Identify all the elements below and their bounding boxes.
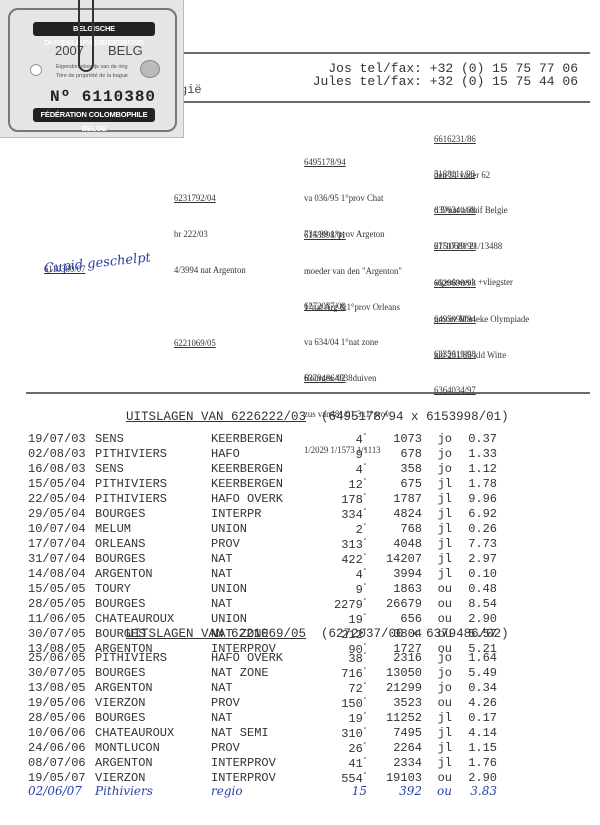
race-category: HAFO bbox=[211, 446, 323, 461]
placing: 15 bbox=[323, 785, 367, 797]
ring-number: 6151719/99 bbox=[434, 241, 513, 253]
ring-number: 6153998/01 bbox=[304, 230, 402, 242]
result-row: 13/08/05ARGENTONNAT72°21299jo0.34 bbox=[28, 680, 497, 695]
race-date: 24/06/06 bbox=[28, 740, 95, 755]
result-row: 16/08/03SENSKEERBERGEN4°358jo1.12 bbox=[28, 461, 497, 476]
age-class: jl bbox=[422, 566, 452, 581]
ring-number: 6231792/04 bbox=[174, 193, 246, 205]
race-category: NAT SEMI bbox=[211, 725, 323, 740]
race-place: SENS bbox=[95, 431, 211, 446]
race-date: 08/07/06 bbox=[28, 755, 95, 770]
age-class: jo bbox=[422, 461, 452, 476]
race-date: 10/07/04 bbox=[28, 521, 95, 536]
result-row: 31/07/04BOURGESNAT422°14207jl2.97 bbox=[28, 551, 497, 566]
result-row: 25/06/05PITHIVIERSHAFO OVERK38°2316jo1.6… bbox=[28, 650, 497, 665]
race-category: NAT bbox=[211, 566, 323, 581]
result-row: 30/07/05BOURGESNAT ZONE716°13050jo5.49 bbox=[28, 665, 497, 680]
race-date: 19/05/07 bbox=[28, 770, 95, 785]
race-category: UNION bbox=[211, 521, 323, 536]
race-category: NAT bbox=[211, 551, 323, 566]
pigeon-count: 3994 bbox=[367, 566, 422, 581]
coefficient: 4.26 bbox=[452, 695, 497, 710]
result-row: 15/05/04PITHIVIERSKEERBERGEN12°675jl1.78 bbox=[28, 476, 497, 491]
race-place: ARGENTON bbox=[95, 680, 211, 695]
ring-number: 6335619/98 bbox=[434, 349, 476, 361]
coefficient: 0.34 bbox=[452, 680, 497, 695]
placing: 310° bbox=[323, 725, 367, 740]
results-title-1: UITSLAGEN VAN 6226222/03 (6495178/94 x 6… bbox=[126, 410, 509, 424]
ring-number: 6396340/98 bbox=[434, 205, 502, 217]
race-category: HAFO OVERK bbox=[211, 491, 323, 506]
pigeon-count: 2264 bbox=[367, 740, 422, 755]
pigeon-count: 3523 bbox=[367, 695, 422, 710]
placing: 19° bbox=[323, 611, 367, 626]
coefficient: 4.14 bbox=[452, 725, 497, 740]
pigeon-count: 678 bbox=[367, 446, 422, 461]
placing: 12° bbox=[323, 476, 367, 491]
pigeon-count: 2316 bbox=[367, 650, 422, 665]
pigeon-count: 675 bbox=[367, 476, 422, 491]
pigeon-count: 358 bbox=[367, 461, 422, 476]
pigeon-count: 1787 bbox=[367, 491, 422, 506]
result-row: 02/08/03PITHIVIERSHAFO9°678jo1.33 bbox=[28, 446, 497, 461]
age-class: jl bbox=[422, 725, 452, 740]
card-line-fr: Titre de propriété de la bague bbox=[56, 73, 136, 79]
race-place: ORLEANS bbox=[95, 536, 211, 551]
race-date: 15/05/05 bbox=[28, 581, 95, 596]
race-date: 14/08/04 bbox=[28, 566, 95, 581]
race-category: regio bbox=[211, 785, 323, 797]
ring-ownership-card: BELGISCHE DUIVENLIEFHEBBERSBOND 2007 BEL… bbox=[0, 0, 184, 138]
race-category: PROV bbox=[211, 536, 323, 551]
pedigree-line: 4/3994 nat Argenton bbox=[174, 265, 246, 277]
pedigree-mother: 6221069/05 bbox=[174, 314, 216, 362]
race-place: MELUM bbox=[95, 521, 211, 536]
race-place: CHATEAUROUX bbox=[95, 611, 211, 626]
race-place: BOURGES bbox=[95, 596, 211, 611]
race-place: BOURGES bbox=[95, 710, 211, 725]
age-class: jl bbox=[422, 506, 452, 521]
pedigree-father: 6231792/04 br 222/03 4/3994 nat Argenton bbox=[174, 169, 246, 289]
age-class: jo bbox=[422, 650, 452, 665]
race-category: NAT ZONE bbox=[211, 665, 323, 680]
placing: 150° bbox=[323, 695, 367, 710]
pigeon-count: 768 bbox=[367, 521, 422, 536]
placing: 72° bbox=[323, 680, 367, 695]
race-date: 19/05/06 bbox=[28, 695, 95, 710]
age-class: ou bbox=[422, 695, 452, 710]
race-date: 17/07/04 bbox=[28, 536, 95, 551]
age-class: jo bbox=[422, 680, 452, 695]
results-title-2: UITSLAGEN VAN 6221069/05 (6272037/00 x 6… bbox=[126, 627, 509, 641]
pigeon-count: 13050 bbox=[367, 665, 422, 680]
card-line-nl: Eigendomsbewijs van de ring bbox=[56, 64, 136, 70]
coefficient: 3.83 bbox=[452, 785, 497, 797]
race-category: PROV bbox=[211, 695, 323, 710]
placing: 4° bbox=[323, 461, 367, 476]
race-date: 19/07/03 bbox=[28, 431, 95, 446]
placing: 19° bbox=[323, 710, 367, 725]
pigeon-count: 11252 bbox=[367, 710, 422, 725]
race-category: PROV bbox=[211, 740, 323, 755]
results-parents: (6495178/94 x 6153998/01) bbox=[321, 410, 509, 424]
race-place: VIERZON bbox=[95, 770, 211, 785]
coefficient: 2.97 bbox=[452, 551, 497, 566]
ring-number: 6495178/94 bbox=[304, 157, 385, 169]
race-place: PITHIVIERS bbox=[95, 491, 211, 506]
pigeon-count: 19103 bbox=[367, 770, 422, 785]
coefficient: 1.15 bbox=[452, 740, 497, 755]
race-date: 25/06/05 bbox=[28, 650, 95, 665]
age-class: jl bbox=[422, 521, 452, 536]
placing: 2279° bbox=[323, 596, 367, 611]
age-class: ou bbox=[422, 770, 452, 785]
coefficient: 0.17 bbox=[452, 710, 497, 725]
result-row: 11/06/05CHATEAUROUXUNION19°656ou2.90 bbox=[28, 611, 497, 626]
ring-number: 5188111/93 bbox=[434, 169, 508, 181]
race-place: ARGENTON bbox=[95, 755, 211, 770]
coefficient: 0.37 bbox=[452, 431, 497, 446]
race-date: 29/05/04 bbox=[28, 506, 95, 521]
pigeon-count: 26679 bbox=[367, 596, 422, 611]
card-org-top: BELGISCHE DUIVENLIEFHEBBERSBOND bbox=[33, 22, 155, 36]
header-top-rule bbox=[180, 52, 590, 54]
race-date: 10/06/06 bbox=[28, 725, 95, 740]
race-place: TOURY bbox=[95, 581, 211, 596]
age-class: jl bbox=[422, 710, 452, 725]
race-place: ARGENTON bbox=[95, 566, 211, 581]
placing: 334° bbox=[323, 506, 367, 521]
result-row: 28/05/06BOURGESNAT19°11252jl0.17 bbox=[28, 710, 497, 725]
card-hole-icon bbox=[30, 64, 42, 76]
coefficient: 2.90 bbox=[452, 770, 497, 785]
pedigree-mmm: 6364034/97 bbox=[434, 361, 476, 409]
race-date: 16/08/03 bbox=[28, 461, 95, 476]
coefficient: 5.49 bbox=[452, 665, 497, 680]
age-class: jl bbox=[422, 536, 452, 551]
result-row: 19/07/03SENSKEERBERGEN4°1073jo0.37 bbox=[28, 431, 497, 446]
result-row: 22/05/04PITHIVIERSHAFO OVERK178°1787jl9.… bbox=[28, 491, 497, 506]
race-place: BOURGES bbox=[95, 665, 211, 680]
race-date: 15/05/04 bbox=[28, 476, 95, 491]
placing: 2° bbox=[323, 521, 367, 536]
result-row: 08/07/06ARGENTONINTERPROV41°2334jl1.76 bbox=[28, 755, 497, 770]
age-class: jl bbox=[422, 755, 452, 770]
coefficient: 1.76 bbox=[452, 755, 497, 770]
placing: 178° bbox=[323, 491, 367, 506]
ring-number: 6221069/05 bbox=[174, 338, 216, 350]
pigeon-count: 1073 bbox=[367, 431, 422, 446]
pedigree-line: br 222/03 bbox=[174, 229, 246, 241]
coefficient: 0.26 bbox=[452, 521, 497, 536]
age-class: jl bbox=[422, 740, 452, 755]
coefficient: 1.12 bbox=[452, 461, 497, 476]
coefficient: 1.33 bbox=[452, 446, 497, 461]
race-place: PITHIVIERS bbox=[95, 476, 211, 491]
pigeon-count: 1863 bbox=[367, 581, 422, 596]
race-date: 28/05/06 bbox=[28, 710, 95, 725]
age-class: ou bbox=[422, 611, 452, 626]
result-row: 15/05/05TOURYUNION9°1863ou0.48 bbox=[28, 581, 497, 596]
race-category: UNION bbox=[211, 581, 323, 596]
pedigree-line: va 634/04 1°nat zone bbox=[304, 337, 378, 349]
race-date: 02/08/03 bbox=[28, 446, 95, 461]
race-date: 13/08/05 bbox=[28, 680, 95, 695]
placing: 4° bbox=[323, 431, 367, 446]
ring-number: 6364034/97 bbox=[434, 385, 476, 397]
pigeon-count: 4824 bbox=[367, 506, 422, 521]
header-bottom-rule bbox=[180, 101, 590, 103]
ring-number: 6379486/02 bbox=[304, 373, 390, 385]
results-heading: UITSLAGEN VAN 6226222/03 bbox=[126, 410, 306, 424]
race-category: HAFO OVERK bbox=[211, 650, 323, 665]
result-row: 17/07/04ORLEANSPROV313°4048jl7.73 bbox=[28, 536, 497, 551]
pigeon-count: 14207 bbox=[367, 551, 422, 566]
paperclip-icon bbox=[78, 0, 94, 72]
race-place: BOURGES bbox=[95, 506, 211, 521]
pigeon-count: 392 bbox=[367, 785, 422, 797]
handwritten-result-row: 02/06/07Pithiviersregio15392ou3.83 bbox=[28, 785, 497, 797]
race-date: 22/05/04 bbox=[28, 491, 95, 506]
coefficient: 7.73 bbox=[452, 536, 497, 551]
crown-emblem-icon bbox=[140, 60, 160, 78]
race-date: 31/07/04 bbox=[28, 551, 95, 566]
coefficient: 1.64 bbox=[452, 650, 497, 665]
placing: 9° bbox=[323, 446, 367, 461]
result-row: 19/05/06VIERZONPROV150°3523ou4.26 bbox=[28, 695, 497, 710]
placing: 4° bbox=[323, 566, 367, 581]
age-class: ou bbox=[422, 785, 452, 797]
age-class: jl bbox=[422, 491, 452, 506]
placing: 9° bbox=[323, 581, 367, 596]
results-table-1: 19/07/03SENSKEERBERGEN4°1073jo0.3702/08/… bbox=[28, 431, 497, 656]
race-category: KEERBERGEN bbox=[211, 461, 323, 476]
pigeon-count: 656 bbox=[367, 611, 422, 626]
coefficient: 2.90 bbox=[452, 611, 497, 626]
placing: 422° bbox=[323, 551, 367, 566]
race-place: Pithiviers bbox=[95, 785, 211, 797]
race-date: 28/05/05 bbox=[28, 596, 95, 611]
race-category: INTERPROV bbox=[211, 770, 323, 785]
race-category: KEERBERGEN bbox=[211, 476, 323, 491]
result-row: 19/05/07VIERZONINTERPROV554°19103ou2.90 bbox=[28, 770, 497, 785]
result-row: 28/05/05BOURGESNAT2279°26679ou8.54 bbox=[28, 596, 497, 611]
pigeon-count: 7495 bbox=[367, 725, 422, 740]
age-class: jo bbox=[422, 431, 452, 446]
race-date: 30/07/05 bbox=[28, 626, 95, 641]
result-row: 29/05/04BOURGESINTERPR334°4824jl6.92 bbox=[28, 506, 497, 521]
results-table-2: 25/06/05PITHIVIERSHAFO OVERK38°2316jo1.6… bbox=[28, 650, 497, 797]
coefficient: 8.54 bbox=[452, 596, 497, 611]
ring-number: 6529698/93 bbox=[434, 278, 529, 290]
result-row: 10/06/06CHATEAUROUXNAT SEMI310°7495jl4.1… bbox=[28, 725, 497, 740]
race-date: 02/06/07 bbox=[28, 785, 95, 797]
race-category: UNION bbox=[211, 611, 323, 626]
placing: 26° bbox=[323, 740, 367, 755]
contact-jules: Jules tel/fax: +32 (0) 15 75 44 06 bbox=[313, 75, 578, 88]
result-row: 10/07/04MELUMUNION2°768jl0.26 bbox=[28, 521, 497, 536]
race-category: NAT bbox=[211, 596, 323, 611]
race-date: 11/06/05 bbox=[28, 611, 95, 626]
coefficient: 1.78 bbox=[452, 476, 497, 491]
race-category: NAT bbox=[211, 710, 323, 725]
age-class: ou bbox=[422, 596, 452, 611]
card-ring-number: Nº 6110380 bbox=[50, 88, 156, 106]
age-class: ou bbox=[422, 581, 452, 596]
placing: 554° bbox=[323, 770, 367, 785]
placing: 313° bbox=[323, 536, 367, 551]
race-place: VIERZON bbox=[95, 695, 211, 710]
pigeon-count: 21299 bbox=[367, 680, 422, 695]
card-country: BELG bbox=[108, 43, 143, 58]
age-class: jl bbox=[422, 476, 452, 491]
card-org-bottom: FÉDÉRATION COLOMBOPHILE BELGE bbox=[33, 108, 155, 122]
race-place: PITHIVIERS bbox=[95, 650, 211, 665]
pigeon-count: 2334 bbox=[367, 755, 422, 770]
race-category: INTERPR bbox=[211, 506, 323, 521]
age-class: jo bbox=[422, 446, 452, 461]
placing: 38° bbox=[323, 650, 367, 665]
result-row: 24/06/06MONTLUCONPROV26°2264jl1.15 bbox=[28, 740, 497, 755]
ring-number: 6272037/00 bbox=[304, 301, 378, 313]
race-category: NAT bbox=[211, 680, 323, 695]
placing: 716° bbox=[323, 665, 367, 680]
race-place: BOURGES bbox=[95, 551, 211, 566]
result-row: 14/08/04ARGENTONNAT4°3994jl0.10 bbox=[28, 566, 497, 581]
results-parents: (6272037/00 x 6379486/02) bbox=[321, 627, 509, 641]
coefficient: 0.48 bbox=[452, 581, 497, 596]
race-category: INTERPROV bbox=[211, 755, 323, 770]
age-class: jo bbox=[422, 665, 452, 680]
age-class: jl bbox=[422, 551, 452, 566]
race-place: CHATEAUROUX bbox=[95, 725, 211, 740]
race-category: KEERBERGEN bbox=[211, 431, 323, 446]
race-date: 30/07/05 bbox=[28, 665, 95, 680]
results-heading: UITSLAGEN VAN 6221069/05 bbox=[126, 627, 306, 641]
placing: 41° bbox=[323, 755, 367, 770]
race-place: SENS bbox=[95, 461, 211, 476]
coefficient: 6.92 bbox=[452, 506, 497, 521]
coefficient: 9.96 bbox=[452, 491, 497, 506]
pigeon-count: 4048 bbox=[367, 536, 422, 551]
coefficient: 0.10 bbox=[452, 566, 497, 581]
race-place: MONTLUCON bbox=[95, 740, 211, 755]
pedigree-line: va 036/95 1°prov Chat bbox=[304, 193, 385, 205]
race-place: PITHIVIERS bbox=[95, 446, 211, 461]
